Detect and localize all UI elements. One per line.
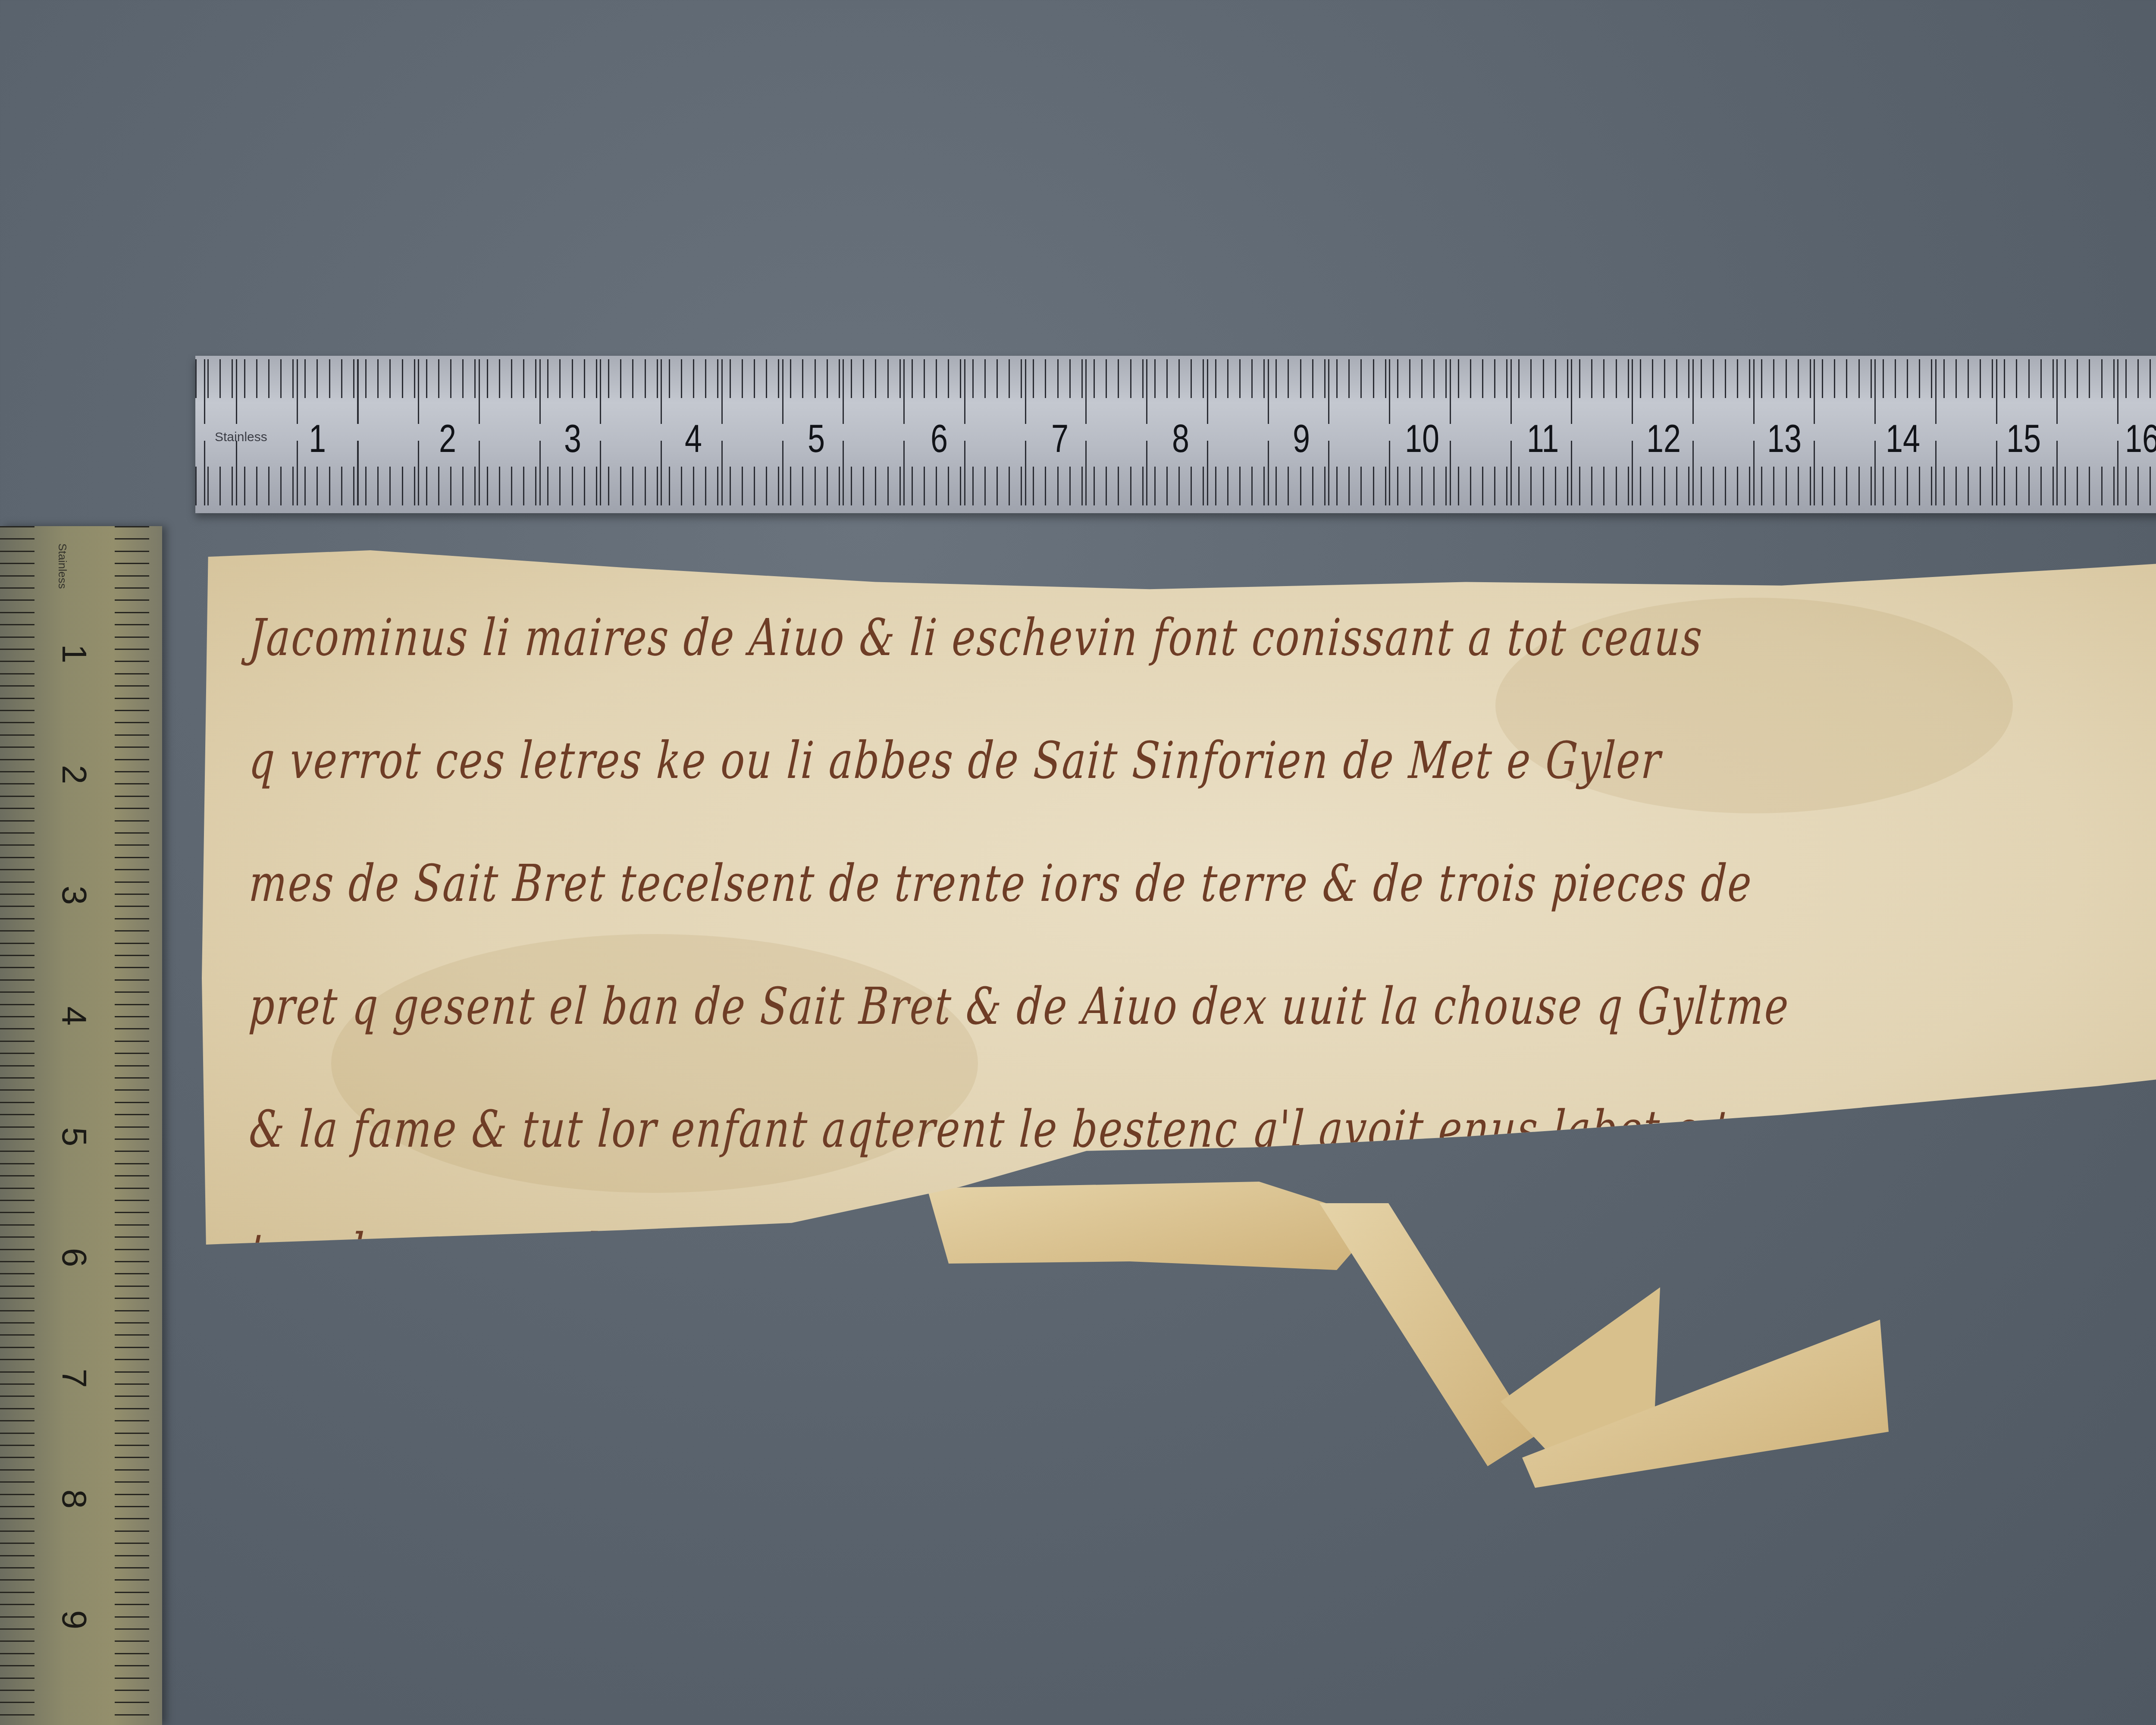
text-line: Jacominus li maires de Aiuo & li eschevi… (246, 576, 1833, 699)
text-line: pret q gesent el ban de Sait Bret & de A… (246, 945, 1833, 1068)
text-line: q verrot ces letres ke ou li abbes de Sa… (246, 699, 1833, 822)
text-line: mes de Sait Bret tecelsent de trente ior… (246, 822, 1833, 945)
